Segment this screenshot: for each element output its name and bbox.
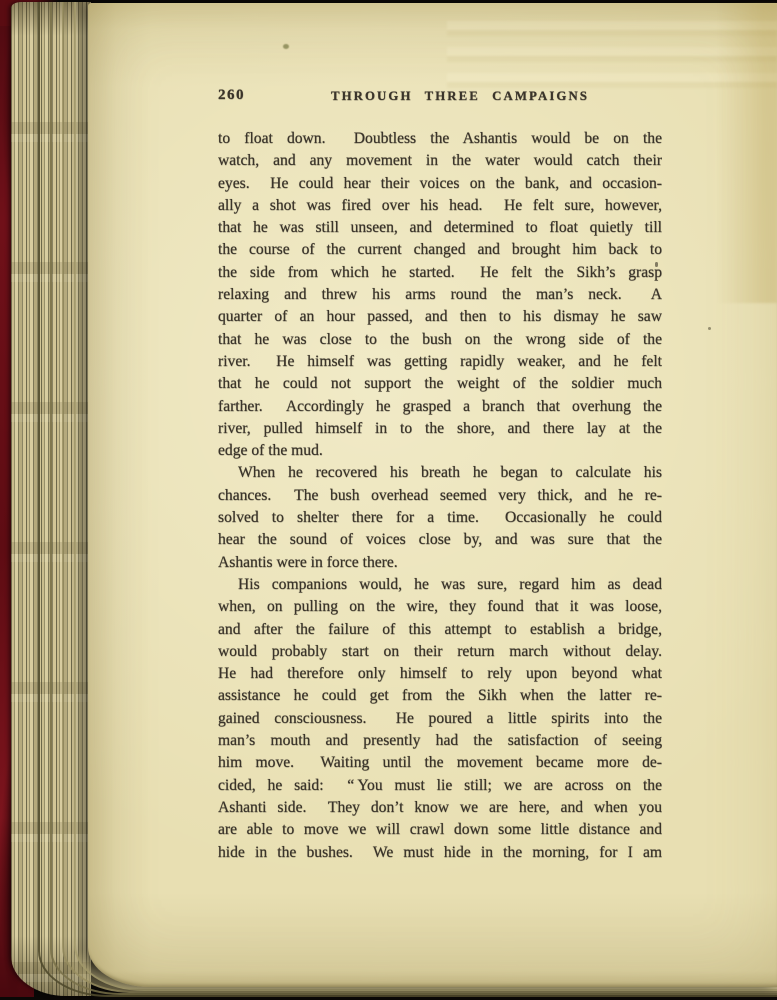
text-line: edge of the mud. — [218, 440, 662, 462]
text-line: to float down. Doubtless the Ashantis wo… — [218, 128, 662, 150]
text-line: relaxing and threw his arms round the ma… — [218, 284, 662, 306]
text-line: that he could not support the weight of … — [218, 373, 662, 395]
text-line: watch, and any movement in the water wou… — [218, 150, 662, 172]
text-line: eyes. He could hear their voices on the … — [218, 173, 662, 195]
text-line: ally a shot was fired over his head. He … — [218, 195, 662, 217]
text-block: to float down. Doubtless the Ashantis wo… — [218, 128, 662, 864]
text-line: When he recovered his breath he began to… — [218, 462, 662, 484]
text-line: cided, he said: “ You must lie still; we… — [218, 775, 662, 797]
page-edge-clumps — [11, 2, 91, 996]
text-line: chances. The bush overhead seemed very t… — [218, 485, 662, 507]
text-line: Ashanti side. They don’t know we are her… — [218, 797, 662, 819]
text-line: river, pulled himself in to the shore, a… — [218, 418, 662, 440]
text-line: farther. Accordingly he grasped a branch… — [218, 396, 662, 418]
text-line: the side from which he started. He felt … — [218, 262, 662, 284]
text-line: and after the failure of this attempt to… — [218, 619, 662, 641]
running-title: THROUGH THREE CAMPAIGNS — [331, 89, 589, 104]
text-line: man’s mouth and presently had the satisf… — [218, 730, 662, 752]
text-line: His companions would, he was sure, regar… — [218, 574, 662, 596]
text-line: hear the sound of voices close by, and w… — [218, 529, 662, 551]
paragraph: His companions would, he was sure, regar… — [218, 574, 662, 864]
page-header: 260 THROUGH THREE CAMPAIGNS — [218, 87, 662, 107]
text-line: quarter of an hour passed, and then to h… — [218, 306, 662, 328]
paper-right-shading — [717, 3, 777, 303]
text-line: when, on pulling on the wire, they found… — [218, 596, 662, 618]
text-line: the course of the current changed and br… — [218, 239, 662, 261]
text-line: He had therefore only himself to rely up… — [218, 663, 662, 685]
text-line: are able to move we will crawl down some… — [218, 819, 662, 841]
text-line: Ashantis were in force there. — [218, 552, 662, 574]
text-line: river. He himself was getting rapidly we… — [218, 351, 662, 373]
paragraph: to float down. Doubtless the Ashantis wo… — [218, 128, 662, 462]
text-line: that he was still unseen, and determined… — [218, 217, 662, 239]
text-line: gained consciousness. He poured a little… — [218, 708, 662, 730]
text-line: hide in the bushes. We must hide in the … — [218, 842, 662, 864]
page-number: 260 — [218, 87, 245, 104]
text-line: him move. Waiting until the movement bec… — [218, 752, 662, 774]
paragraph: When he recovered his breath he began to… — [218, 462, 662, 573]
text-line: would probably start on their return mar… — [218, 641, 662, 663]
text-line: that he was close to the bush on the wro… — [218, 329, 662, 351]
text-line: solved to shelter there for a time. Occa… — [218, 507, 662, 529]
book-photograph: 260 THROUGH THREE CAMPAIGNS to float dow… — [0, 0, 777, 1000]
text-line: assistance he could get from the Sikh wh… — [218, 685, 662, 707]
